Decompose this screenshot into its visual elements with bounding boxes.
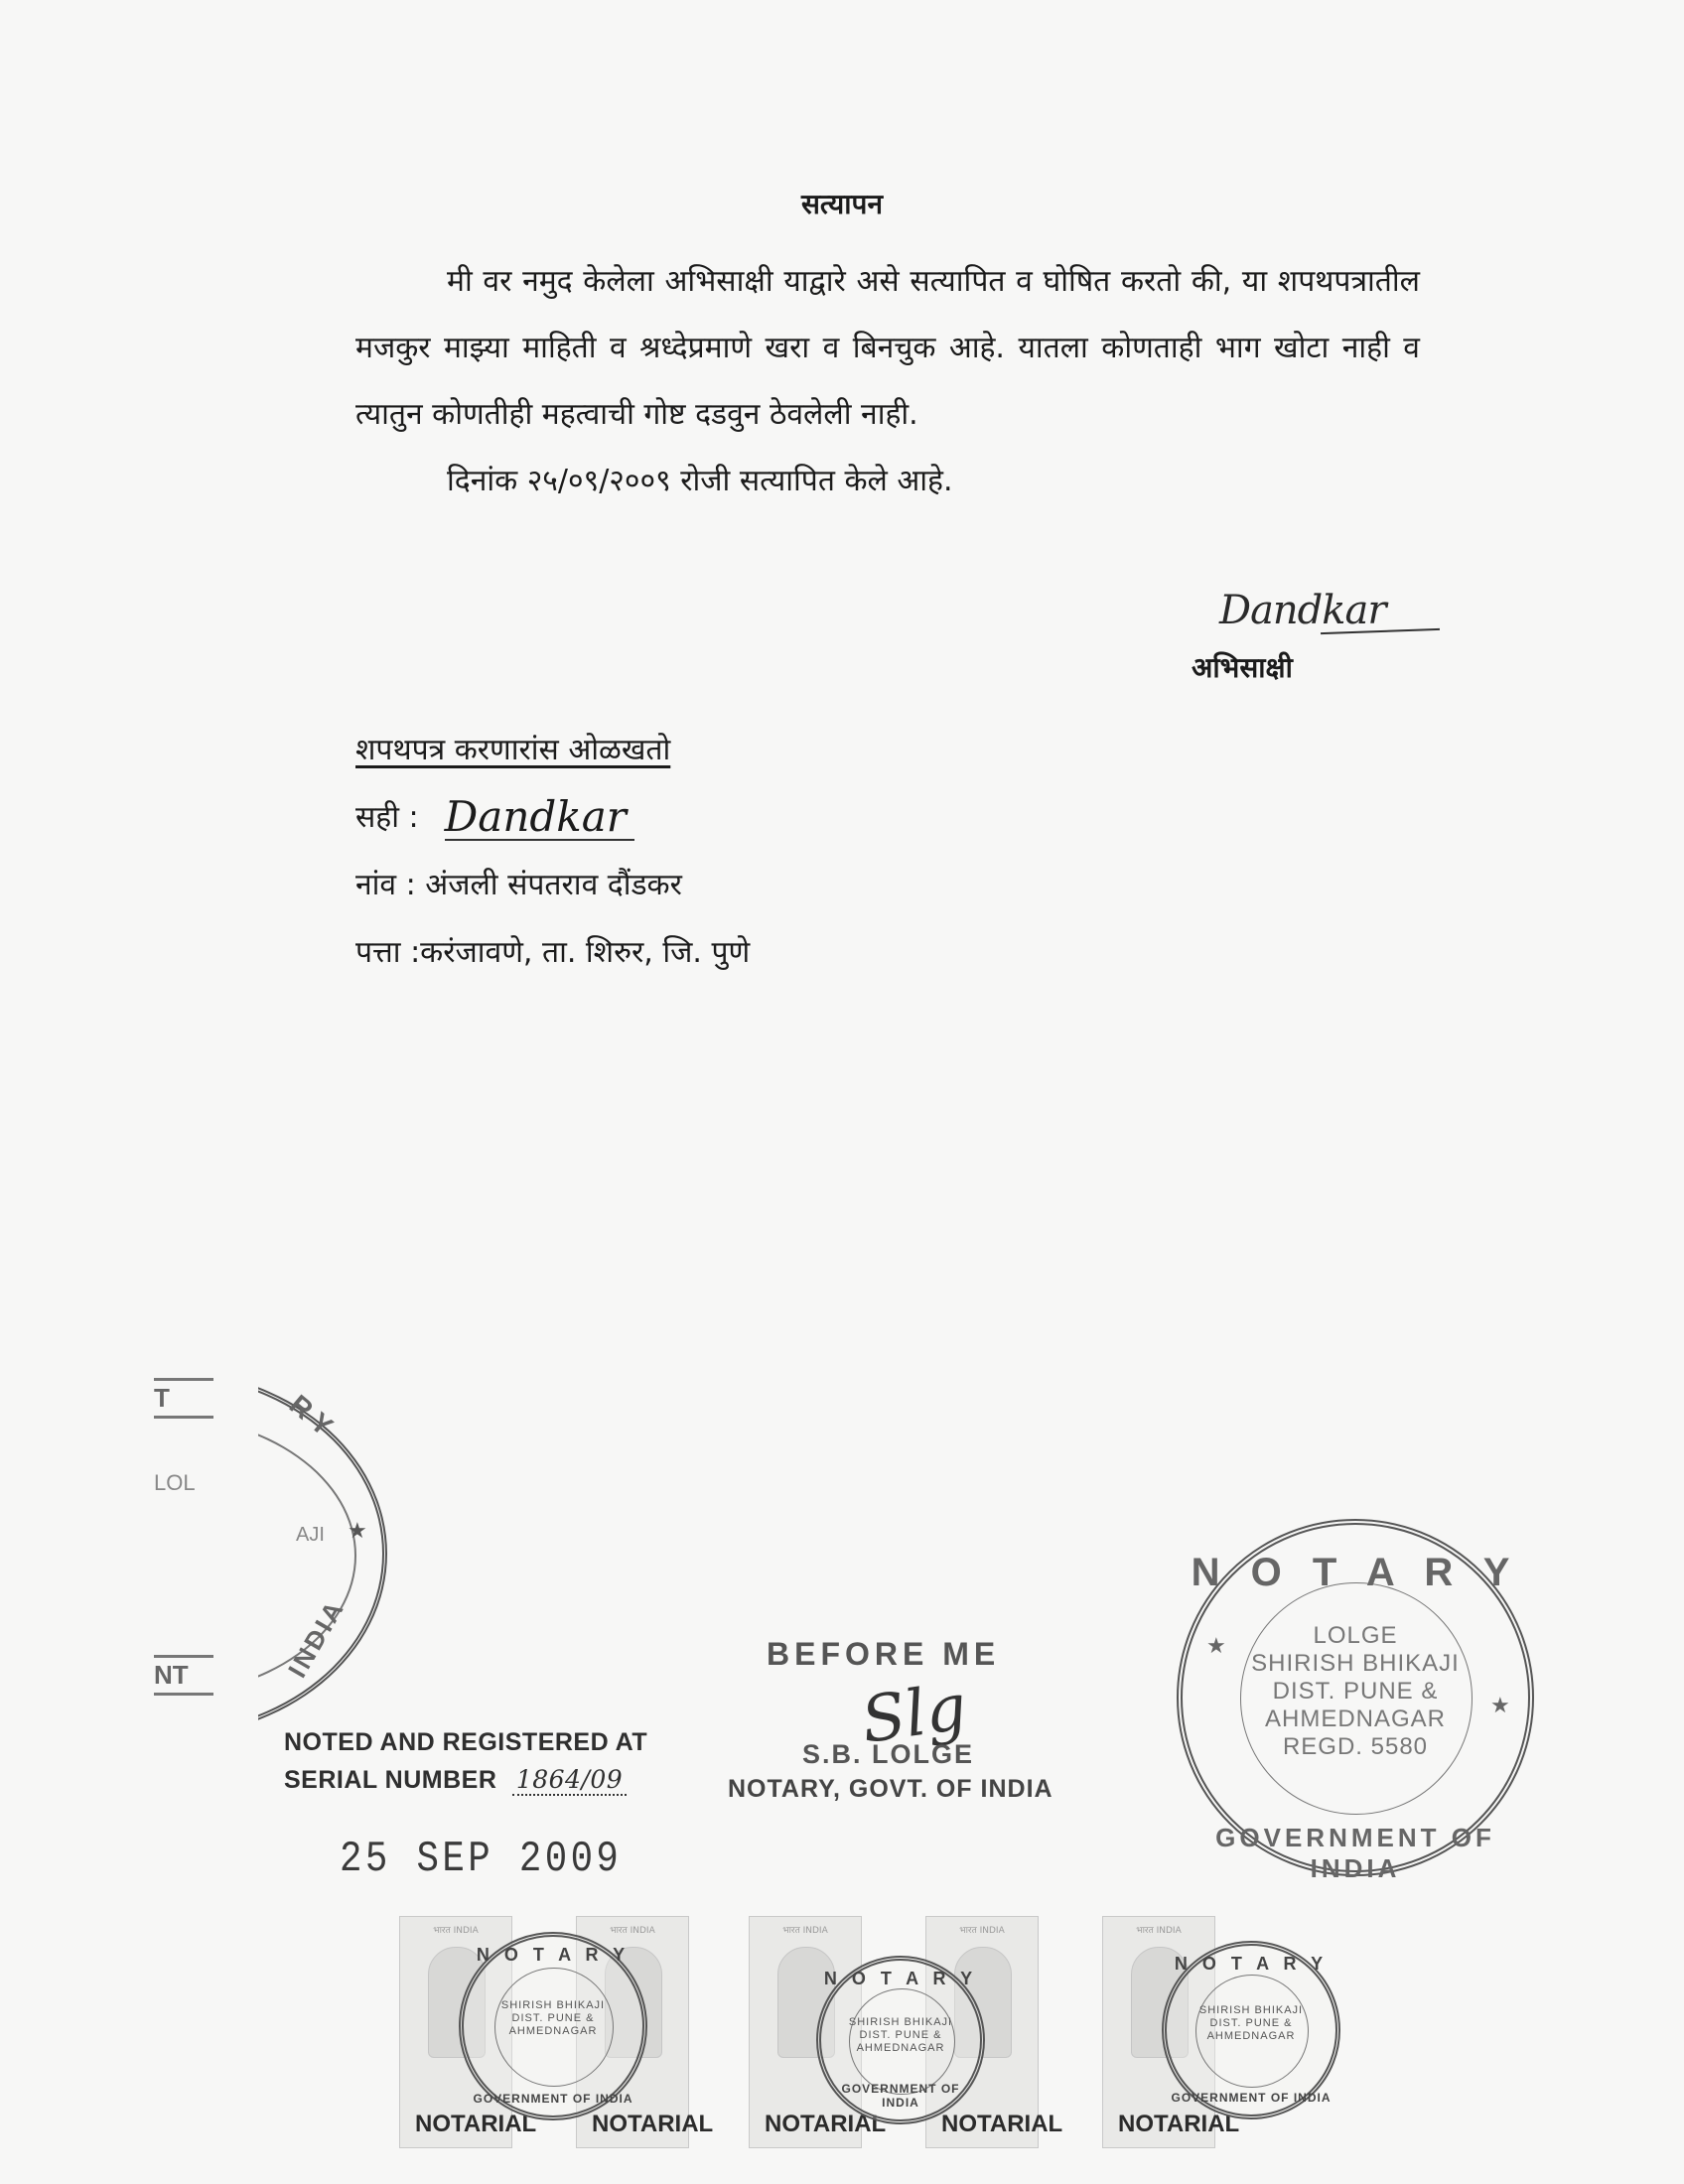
serial-number-label: SERIAL NUMBER	[284, 1766, 496, 1794]
seal-bottom-text: GOVERNMENT OF INDIA	[1183, 1823, 1528, 1884]
notarial-label: NOTARIAL	[592, 2111, 713, 2138]
date-stamp: 25 SEP 2009	[340, 1835, 622, 1884]
stamp-header: भारत INDIA	[1103, 1923, 1214, 1936]
seal-inner-lines: SHIRISH BHIKAJIDIST. PUNE &AHMEDNAGAR	[1167, 2004, 1335, 2043]
noted-registered-text: NOTED AND REGISTERED AT	[284, 1723, 647, 1761]
notary-name: S.B. LOLGE	[802, 1739, 974, 1770]
deponent-label: अभिसाक्षी	[1192, 648, 1293, 686]
stamp-header: भारत INDIA	[926, 1923, 1038, 1936]
seal-line: SHIRISH BHIKAJI	[821, 2016, 980, 2029]
seal-inner-lines: LOLGE SHIRISH BHIKAJI DIST. PUNE & AHMED…	[1183, 1622, 1528, 1761]
seal-line: DIST. PUNE &	[464, 2012, 642, 2025]
left-partial-stamp-strip: T LOL NT	[154, 1370, 213, 1727]
seal-inner-lines: SHIRISH BHIKAJIDIST. PUNE &AHMEDNAGAR	[464, 1999, 642, 2038]
star-icon: ★	[348, 1519, 367, 1544]
deponent-signature: Dandkar	[1219, 588, 1386, 633]
seal-top-text: N O T A R Y	[464, 1945, 642, 1966]
stamp-header: भारत INDIA	[400, 1923, 511, 1936]
verification-date-line: दिनांक २५/०९/२००९ रोजी सत्यापित केले आहे…	[355, 448, 1420, 514]
before-me-stamp: BEFORE ME	[767, 1636, 1000, 1673]
stamp-header: भारत INDIA	[750, 1923, 861, 1936]
seal-bottom-text: GOVERNMENT OF INDIA	[1167, 2091, 1335, 2105]
seal-line: AHMEDNAGAR	[464, 2025, 642, 2038]
stamp-header: भारत INDIA	[577, 1923, 688, 1936]
seal-line: DIST. PUNE &	[1183, 1678, 1528, 1706]
identifier-signature: Dandkar	[445, 795, 634, 841]
signature-label: सही :	[355, 784, 419, 852]
verification-paragraph: मी वर नमुद केलेला अभिसाक्षी याद्वारे असे…	[355, 248, 1420, 448]
strip-fragment-mid: LOL	[154, 1470, 213, 1496]
seal-top-text: N O T A R Y	[821, 1969, 980, 1989]
seal-line: SHIRISH BHIKAJI	[1183, 1650, 1528, 1678]
seal-bottom-text: GOVERNMENT OF INDIA	[464, 2092, 642, 2106]
address-line: पत्ता :करंजावणे, ता. शिरुर, जि. पुणे	[355, 919, 750, 987]
notary-seal-large: N O T A R Y ★ ★ LOLGE SHIRISH BHIKAJI DI…	[1177, 1519, 1534, 1876]
seal-bottom-text: GOVERNMENT OF INDIA	[821, 2082, 980, 2110]
seal-top-text: N O T A R Y	[1183, 1551, 1528, 1595]
notary-seal-small: N O T A R YSHIRISH BHIKAJIDIST. PUNE &AH…	[459, 1932, 647, 2120]
identification-block: शपथपत्र करणारांस ओळखतो सही : Dandkar नां…	[355, 717, 750, 987]
verification-body: मी वर नमुद केलेला अभिसाक्षी याद्वारे असे…	[355, 248, 1420, 514]
serial-number-value: 1864/09	[512, 1765, 627, 1796]
notarial-label: NOTARIAL	[415, 2111, 536, 2138]
seal-line: AHMEDNAGAR	[1183, 1706, 1528, 1733]
seal-top-text: N O T A R Y	[1167, 1954, 1335, 1975]
strip-fragment-bottom: NT	[154, 1655, 213, 1696]
seal-line: AHMEDNAGAR	[1167, 2030, 1335, 2043]
notarial-label: NOTARIAL	[1118, 2111, 1239, 2138]
notary-seal-small: N O T A R YSHIRISH BHIKAJIDIST. PUNE &AH…	[1162, 1941, 1340, 2119]
verification-title: सत्यापन	[0, 185, 1684, 222]
identifier-signature-row: सही : Dandkar	[355, 784, 750, 852]
strip-fragment-top: T	[154, 1378, 213, 1419]
name-line: नांव : अंजली संपतराव दौंडकर	[355, 852, 750, 919]
notary-title: NOTARY, GOVT. OF INDIA	[728, 1775, 1053, 1804]
identification-heading: शपथपत्र करणारांस ओळखतो	[355, 717, 750, 784]
seal-line: SHIRISH BHIKAJI	[1167, 2004, 1335, 2017]
seal-inner-lines: SHIRISH BHIKAJIDIST. PUNE &AHMEDNAGAR	[821, 2016, 980, 2055]
seal-line: DIST. PUNE &	[1167, 2017, 1335, 2030]
seal-line: DIST. PUNE &	[821, 2029, 980, 2042]
seal-line: AHMEDNAGAR	[821, 2042, 980, 2055]
seal-line: SHIRISH BHIKAJI	[464, 1999, 642, 2012]
registration-stamp: NOTED AND REGISTERED AT SERIAL NUMBER 18…	[284, 1723, 647, 1799]
seal-line: REGD. 5580	[1183, 1733, 1528, 1761]
serial-number-row: SERIAL NUMBER 1864/09	[284, 1761, 647, 1799]
notarial-label: NOTARIAL	[941, 2111, 1062, 2138]
left-seal-fragment-aji: AJI	[296, 1524, 325, 1547]
seal-line: LOLGE	[1183, 1622, 1528, 1650]
left-partial-notary-seal: R Y AJI ★ INDIA	[258, 1370, 397, 1737]
notary-seal-small: N O T A R YSHIRISH BHIKAJIDIST. PUNE &AH…	[816, 1956, 985, 2124]
